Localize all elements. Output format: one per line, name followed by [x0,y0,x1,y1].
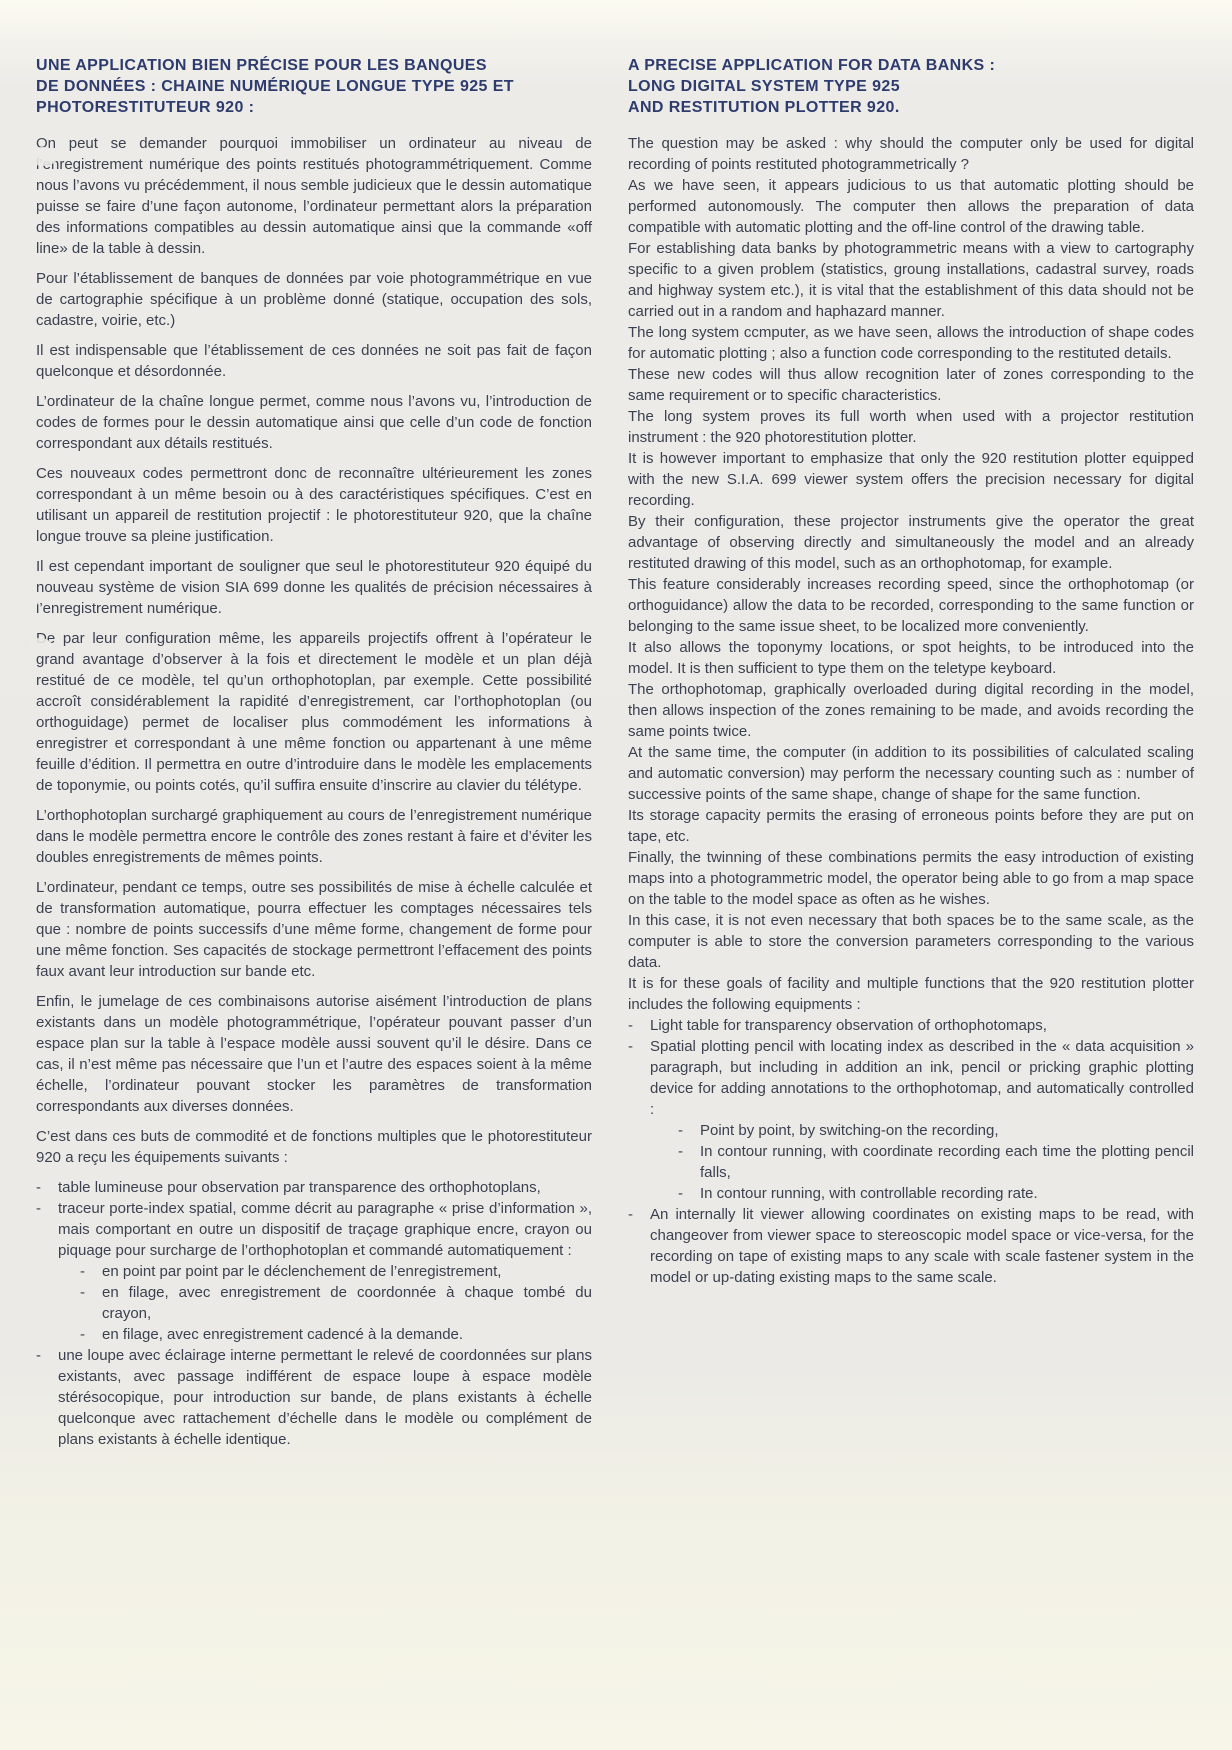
paragraph: It also allows the toponymy locations, o… [628,637,1194,679]
list-item-text: An internally lit viewer allowing coordi… [650,1204,1194,1288]
heading-line: DE DONNÉES : CHAINE NUMÉRIQUE LONGUE TYP… [36,76,592,97]
list-item: - traceur porte-index spatial, comme déc… [36,1198,592,1345]
paragraph: It is however important to emphasize tha… [628,448,1194,511]
heading-line: A PRECISE APPLICATION FOR DATA BANKS : [628,55,1194,76]
list-dash: - [628,1036,650,1057]
sub-list-item-text: en point par point par le déclenchement … [102,1261,592,1282]
sub-list-item-text: Point by point, by switching-on the reco… [700,1120,1194,1141]
list-dash: - [36,1345,58,1366]
sub-list-item-text: en filage, avec enregistrement cadencé à… [102,1324,592,1345]
paragraph: Enfin, le jumelage de ces combinaisons a… [36,991,592,1117]
heading-line: AND RESTITUTION PLOTTER 920. [628,97,1194,118]
paragraph: This feature considerably increases reco… [628,574,1194,637]
sub-list-item: - en point par point par le déclenchemen… [80,1261,592,1282]
heading-line: LONG DIGITAL SYSTEM TYPE 925 [628,76,1194,97]
list-dash: - [628,1204,650,1225]
paragraph: Il est indispensable que l’établissement… [36,340,592,382]
list-dash: - [80,1324,102,1345]
paragraph: L’ordinateur, pendant ce temps, outre se… [36,877,592,982]
equipment-list-fr: - table lumineuse pour observation par t… [36,1177,592,1450]
document-page: UNE APPLICATION BIEN PRÉCISE POUR LES BA… [0,0,1232,1750]
paragraph: On peut se demander pourquoi immobiliser… [36,133,592,259]
paragraph: The long system proves its full worth wh… [628,406,1194,448]
sub-list-item-text: In contour running, with coordinate reco… [700,1141,1194,1183]
section-heading-fr: UNE APPLICATION BIEN PRÉCISE POUR LES BA… [36,55,592,118]
list-item: - table lumineuse pour observation par t… [36,1177,592,1198]
paragraph: Il est cependant important de souligner … [36,556,592,619]
paragraph: These new codes will thus allow recognit… [628,364,1194,406]
two-column-layout: UNE APPLICATION BIEN PRÉCISE POUR LES BA… [0,0,1232,1450]
paragraph: In this case, it is not even necessary t… [628,910,1194,973]
paragraph: Ces nouveaux codes permettront donc de r… [36,463,592,547]
paragraph: C’est dans ces buts de commodité et de f… [36,1126,592,1168]
list-dash: - [80,1261,102,1282]
list-item-text: table lumineuse pour observation par tra… [58,1177,592,1198]
heading-line: UNE APPLICATION BIEN PRÉCISE POUR LES BA… [36,55,592,76]
english-column: A PRECISE APPLICATION FOR DATA BANKS : L… [628,55,1194,1450]
list-dash: - [36,1177,58,1198]
list-item-text: Spatial plotting pencil with locating in… [650,1036,1194,1120]
heading-line: PHOTORESTITUTEUR 920 : [36,97,592,118]
list-dash: - [36,1198,58,1219]
paragraph: L’ordinateur de la chaîne longue permet,… [36,391,592,454]
paragraph: As we have seen, it appears judicious to… [628,175,1194,238]
paragraph: Finally, the twinning of these combinati… [628,847,1194,910]
french-column: UNE APPLICATION BIEN PRÉCISE POUR LES BA… [36,55,592,1450]
sub-list-item-text: In contour running, with controllable re… [700,1183,1194,1204]
sub-list-item: - Point by point, by switching-on the re… [678,1120,1194,1141]
list-item: - Light table for transparency observati… [628,1015,1194,1036]
paragraph: The long system ccmputer, as we have see… [628,322,1194,364]
paragraph: Pour l’établissement de banques de donné… [36,268,592,331]
sub-list-item-text: en filage, avec enregistrement de coordo… [102,1282,592,1324]
sub-list-item: - In contour running, with coordinate re… [678,1141,1194,1183]
paragraph: At the same time, the computer (in addit… [628,742,1194,805]
paragraph: The question may be asked : why should t… [628,133,1194,175]
equipment-list-en: - Light table for transparency observati… [628,1015,1194,1288]
sub-list-item: - In contour running, with controllable … [678,1183,1194,1204]
list-dash: - [678,1141,700,1162]
paragraph: It is for these goals of facility and mu… [628,973,1194,1015]
sub-list-item: - en filage, avec enregistrement cadencé… [80,1324,592,1345]
paragraph: L’orthophotoplan surchargé graphiquement… [36,805,592,868]
list-item: - An internally lit viewer allowing coor… [628,1204,1194,1288]
list-dash: - [678,1120,700,1141]
list-dash: - [80,1282,102,1303]
list-item: - une loupe avec éclairage interne perme… [36,1345,592,1450]
list-item-text: Light table for transparency observation… [650,1015,1194,1036]
list-dash: - [678,1183,700,1204]
paragraph: The orthophotomap, graphically overloade… [628,679,1194,742]
section-heading-en: A PRECISE APPLICATION FOR DATA BANKS : L… [628,55,1194,118]
list-item-text: traceur porte-index spatial, comme décri… [58,1198,592,1261]
paragraph: For establishing data banks by photogram… [628,238,1194,322]
list-item: - Spatial plotting pencil with locating … [628,1036,1194,1204]
list-dash: - [628,1015,650,1036]
paragraph: De par leur configuration même, les appa… [36,628,592,796]
list-item-text: une loupe avec éclairage interne permett… [58,1345,592,1450]
paragraph: Its storage capacity permits the erasing… [628,805,1194,847]
sub-list-item: - en filage, avec enregistrement de coor… [80,1282,592,1324]
paragraph: By their configuration, these projector … [628,511,1194,574]
